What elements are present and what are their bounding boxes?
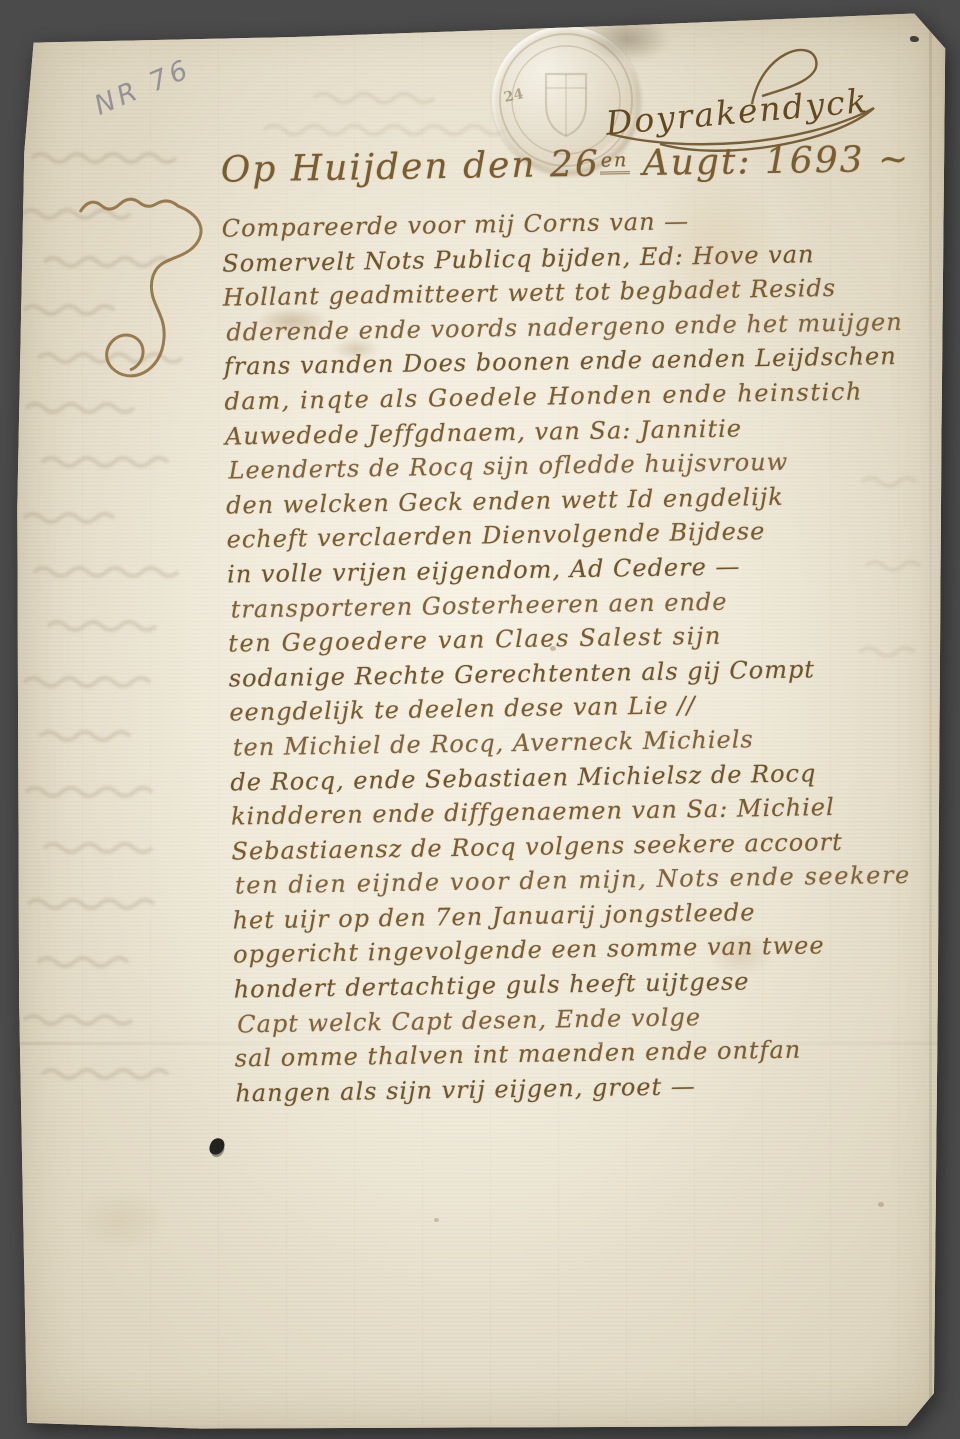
vertical-crease: [929, 10, 932, 1430]
manuscript-text-block: Op Huijden den 26en Augt: 1693 ~ Compare…: [220, 139, 941, 1111]
photographed-manuscript: NR 76 24 Doyrakendyck: [0, 0, 960, 1439]
manuscript-paper-sheet: NR 76 24 Doyrakendyck: [14, 10, 948, 1430]
discoloration-patch: [76, 1190, 166, 1250]
ink-blot: [208, 1136, 227, 1156]
deed-date-heading: Op Huijden den 26en Augt: 1693 ~: [220, 139, 927, 212]
heading-suffix: Augt: 1693 ~: [629, 139, 911, 184]
foxing-dot: [434, 1218, 439, 1222]
heading-prefix: Op Huijden den 26: [220, 144, 600, 191]
heading-ordinal-superscript: en: [600, 149, 630, 174]
foxing-dot: [878, 1202, 884, 1207]
horizontal-fold-crease: [14, 1042, 948, 1045]
paper-shadow-wrap: NR 76 24 Doyrakendyck: [0, 0, 960, 1439]
signature-name-text: Doyrakendyck: [603, 81, 870, 143]
archival-number-pencil-note: NR 76: [90, 53, 196, 121]
